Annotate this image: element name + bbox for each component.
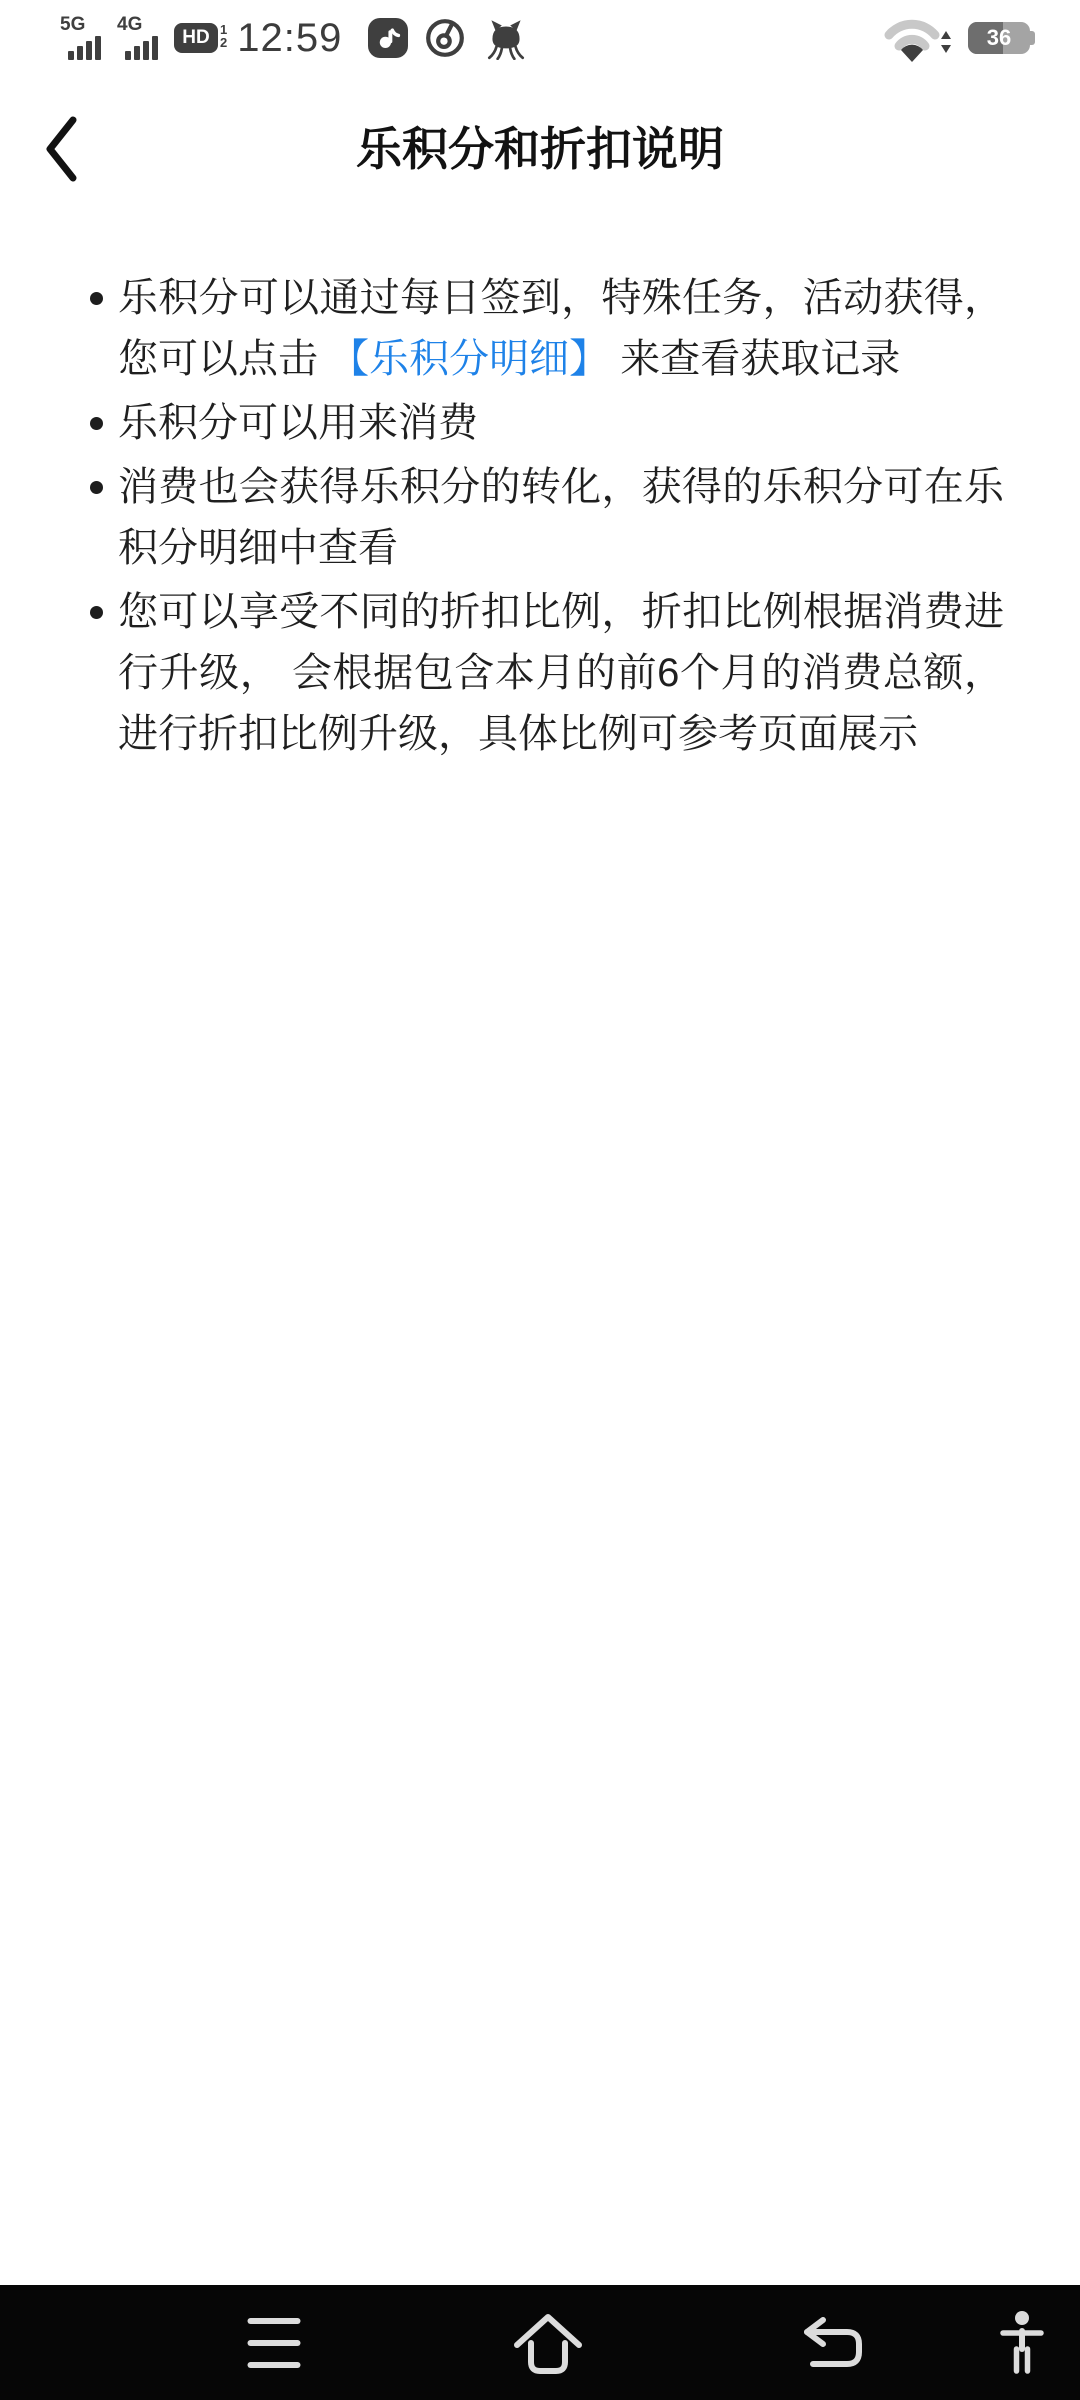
bullet-item-points-earn: 乐积分可以通过每日签到，特殊任务，活动获得，您可以点击 【乐积分明细】 来查看获… — [88, 268, 1004, 390]
dual-sim-indicator: 1 2 — [220, 23, 227, 49]
content-area: 乐积分可以通过每日签到，特殊任务，活动获得，您可以点击 【乐积分明细】 来查看获… — [88, 268, 1004, 768]
hd-label: HD — [182, 27, 209, 49]
network-type-label: 5G — [60, 16, 85, 34]
network-type-label: 4G — [117, 16, 142, 34]
menu-button[interactable] — [242, 2312, 307, 2374]
bullet-list: 乐积分可以通过每日签到，特殊任务，活动获得，您可以点击 【乐积分明细】 来查看获… — [88, 268, 1004, 765]
cloud-music-app-icon — [424, 17, 466, 59]
battery-nub — [1030, 31, 1035, 45]
octocat-app-icon — [482, 16, 530, 60]
status-bar-left: 5G 4G HD 1 2 12:59 — [60, 16, 530, 61]
chevron-left-icon — [42, 171, 80, 186]
back-nav-icon — [799, 2360, 867, 2375]
sim2-number: 2 — [220, 36, 227, 49]
bullet-text: 来查看获取记录 — [609, 337, 900, 381]
bullet-item-discount-rule: 您可以享受不同的折扣比例，折扣比例根据消费进行升级， 会根据包含本月的前6个月的… — [88, 582, 1004, 765]
notification-icons — [368, 16, 530, 60]
menu-icon — [248, 2318, 301, 2368]
battery-icon: 36 — [968, 22, 1030, 54]
bullet-text: 您可以享受不同的折扣比例，折扣比例根据消费进行升级， 会根据包含本月的前6个月的… — [118, 590, 1004, 756]
back-button[interactable] — [42, 115, 80, 183]
wifi-icon — [884, 13, 956, 63]
music-note-app-icon — [368, 18, 408, 58]
page-title: 乐积分和折扣说明 — [0, 106, 1080, 192]
bullet-text: 乐积分可以用来消费 — [118, 401, 478, 445]
signal-bars-icon — [125, 36, 158, 60]
home-icon — [509, 2367, 587, 2382]
status-time: 12:59 — [237, 16, 342, 61]
android-nav-bar — [0, 2285, 1080, 2400]
back-nav-button[interactable] — [793, 2308, 873, 2378]
signal-sim2: 4G — [117, 16, 158, 60]
page-header: 乐积分和折扣说明 — [0, 106, 1080, 192]
accessibility-icon — [999, 2365, 1045, 2380]
phone-screen: 5G 4G HD 1 2 12:59 — [0, 0, 1080, 2400]
volte-hd-icon: HD — [174, 23, 218, 53]
battery-percent: 36 — [968, 22, 1030, 54]
bullet-item-points-spend: 乐积分可以用来消费 — [88, 393, 1004, 454]
points-detail-link[interactable]: 【乐积分明细】 — [329, 337, 609, 381]
home-button[interactable] — [503, 2301, 593, 2385]
accessibility-button[interactable] — [993, 2303, 1051, 2383]
signal-sim1: 5G — [60, 16, 101, 60]
signal-bars-icon — [68, 36, 101, 60]
status-bar: 5G 4G HD 1 2 12:59 — [0, 14, 1080, 62]
bullet-item-points-convert: 消费也会获得乐积分的转化，获得的乐积分可在乐积分明细中查看 — [88, 457, 1004, 579]
bullet-text: 消费也会获得乐积分的转化，获得的乐积分可在乐积分明细中查看 — [118, 465, 1004, 570]
status-bar-right: 36 — [884, 13, 1030, 63]
